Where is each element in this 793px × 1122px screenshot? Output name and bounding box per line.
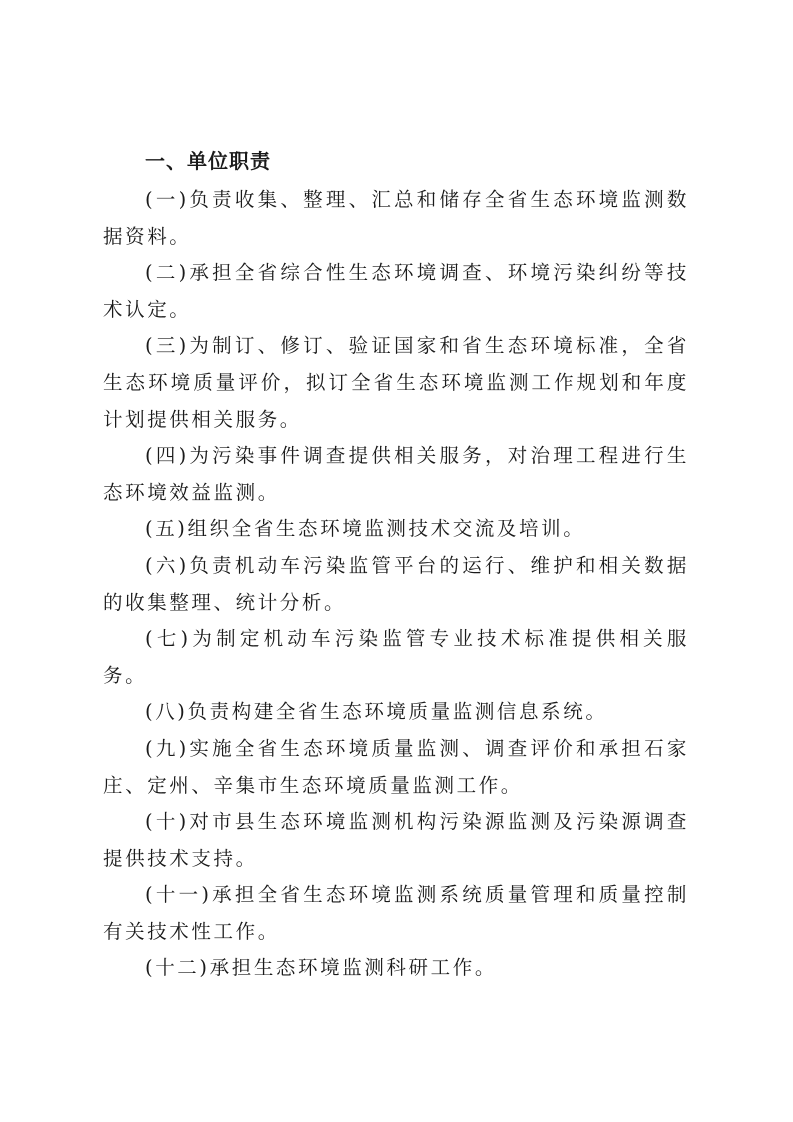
document-page: 一、单位职责 (一)负责收集、整理、汇总和储存全省生态环境监测数据资料。 (二)…	[103, 144, 689, 987]
duty-item-10: (十)对市县生态环境监测机构污染源监测及污染源调查提供技术支持。	[103, 804, 689, 877]
duty-item-11: (十一)承担全省生态环境监测系统质量管理和质量控制有关技术性工作。	[103, 877, 689, 950]
duty-item-8: (八)负责构建全省生态环境质量监测信息系统。	[103, 694, 689, 731]
duty-item-1: (一)负责收集、整理、汇总和储存全省生态环境监测数据资料。	[103, 182, 689, 255]
duty-item-6: (六)负责机动车污染监管平台的运行、维护和相关数据的收集整理、统计分析。	[103, 548, 689, 621]
duty-item-3: (三)为制订、修订、验证国家和省生态环境标准，全省生态环境质量评价，拟订全省生态…	[103, 328, 689, 438]
duty-item-7: (七)为制定机动车污染监管专业技术标准提供相关服务。	[103, 621, 689, 694]
duty-item-12: (十二)承担生态环境监测科研工作。	[103, 950, 689, 987]
section-heading: 一、单位职责	[103, 144, 689, 178]
duty-item-9: (九)实施全省生态环境质量监测、调查评价和承担石家庄、定州、辛集市生态环境质量监…	[103, 731, 689, 804]
duty-item-4: (四)为污染事件调查提供相关服务，对治理工程进行生态环境效益监测。	[103, 438, 689, 511]
duty-item-2: (二)承担全省综合性生态环境调查、环境污染纠纷等技术认定。	[103, 255, 689, 328]
duty-item-5: (五)组织全省生态环境监测技术交流及培训。	[103, 511, 689, 548]
